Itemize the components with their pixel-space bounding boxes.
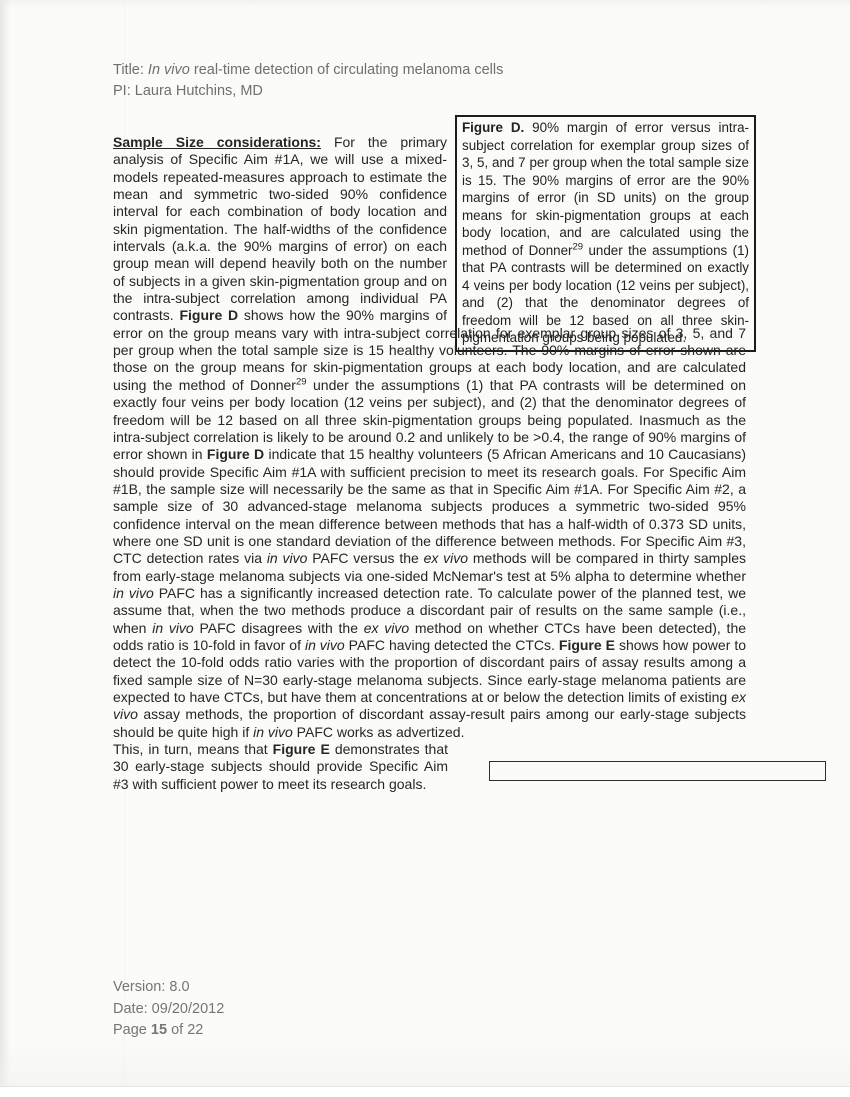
- scan-edge-bottom: [0, 1086, 850, 1097]
- body-text-block: Figure D. 90% margin of error versus int…: [113, 134, 746, 798]
- document-header: Title: In vivo real-time detection of ci…: [113, 60, 503, 102]
- document-pi: PI: Laura Hutchins, MD: [113, 81, 503, 102]
- figure-d-caption-box: Figure D. 90% margin of error versus int…: [455, 115, 756, 352]
- scan-shade-bottom: [0, 1040, 850, 1086]
- figure-d-float-area: Figure D. 90% margin of error versus int…: [447, 134, 746, 319]
- empty-figure-placeholder-box: [489, 761, 826, 781]
- placeholder-float-area: [448, 758, 746, 798]
- footer-date: Date: 09/20/2012: [113, 999, 224, 1021]
- footer-version: Version: 8.0: [113, 977, 224, 999]
- document-title: Title: In vivo real-time detection of ci…: [113, 60, 503, 81]
- footer-page: Page 15 of 22: [113, 1020, 224, 1042]
- document-footer: Version: 8.0 Date: 09/20/2012 Page 15 of…: [113, 977, 224, 1042]
- scan-edge-left: [0, 0, 10, 1097]
- document-page: Title: In vivo real-time detection of ci…: [0, 0, 850, 1097]
- scan-edge-top: [0, 0, 850, 8]
